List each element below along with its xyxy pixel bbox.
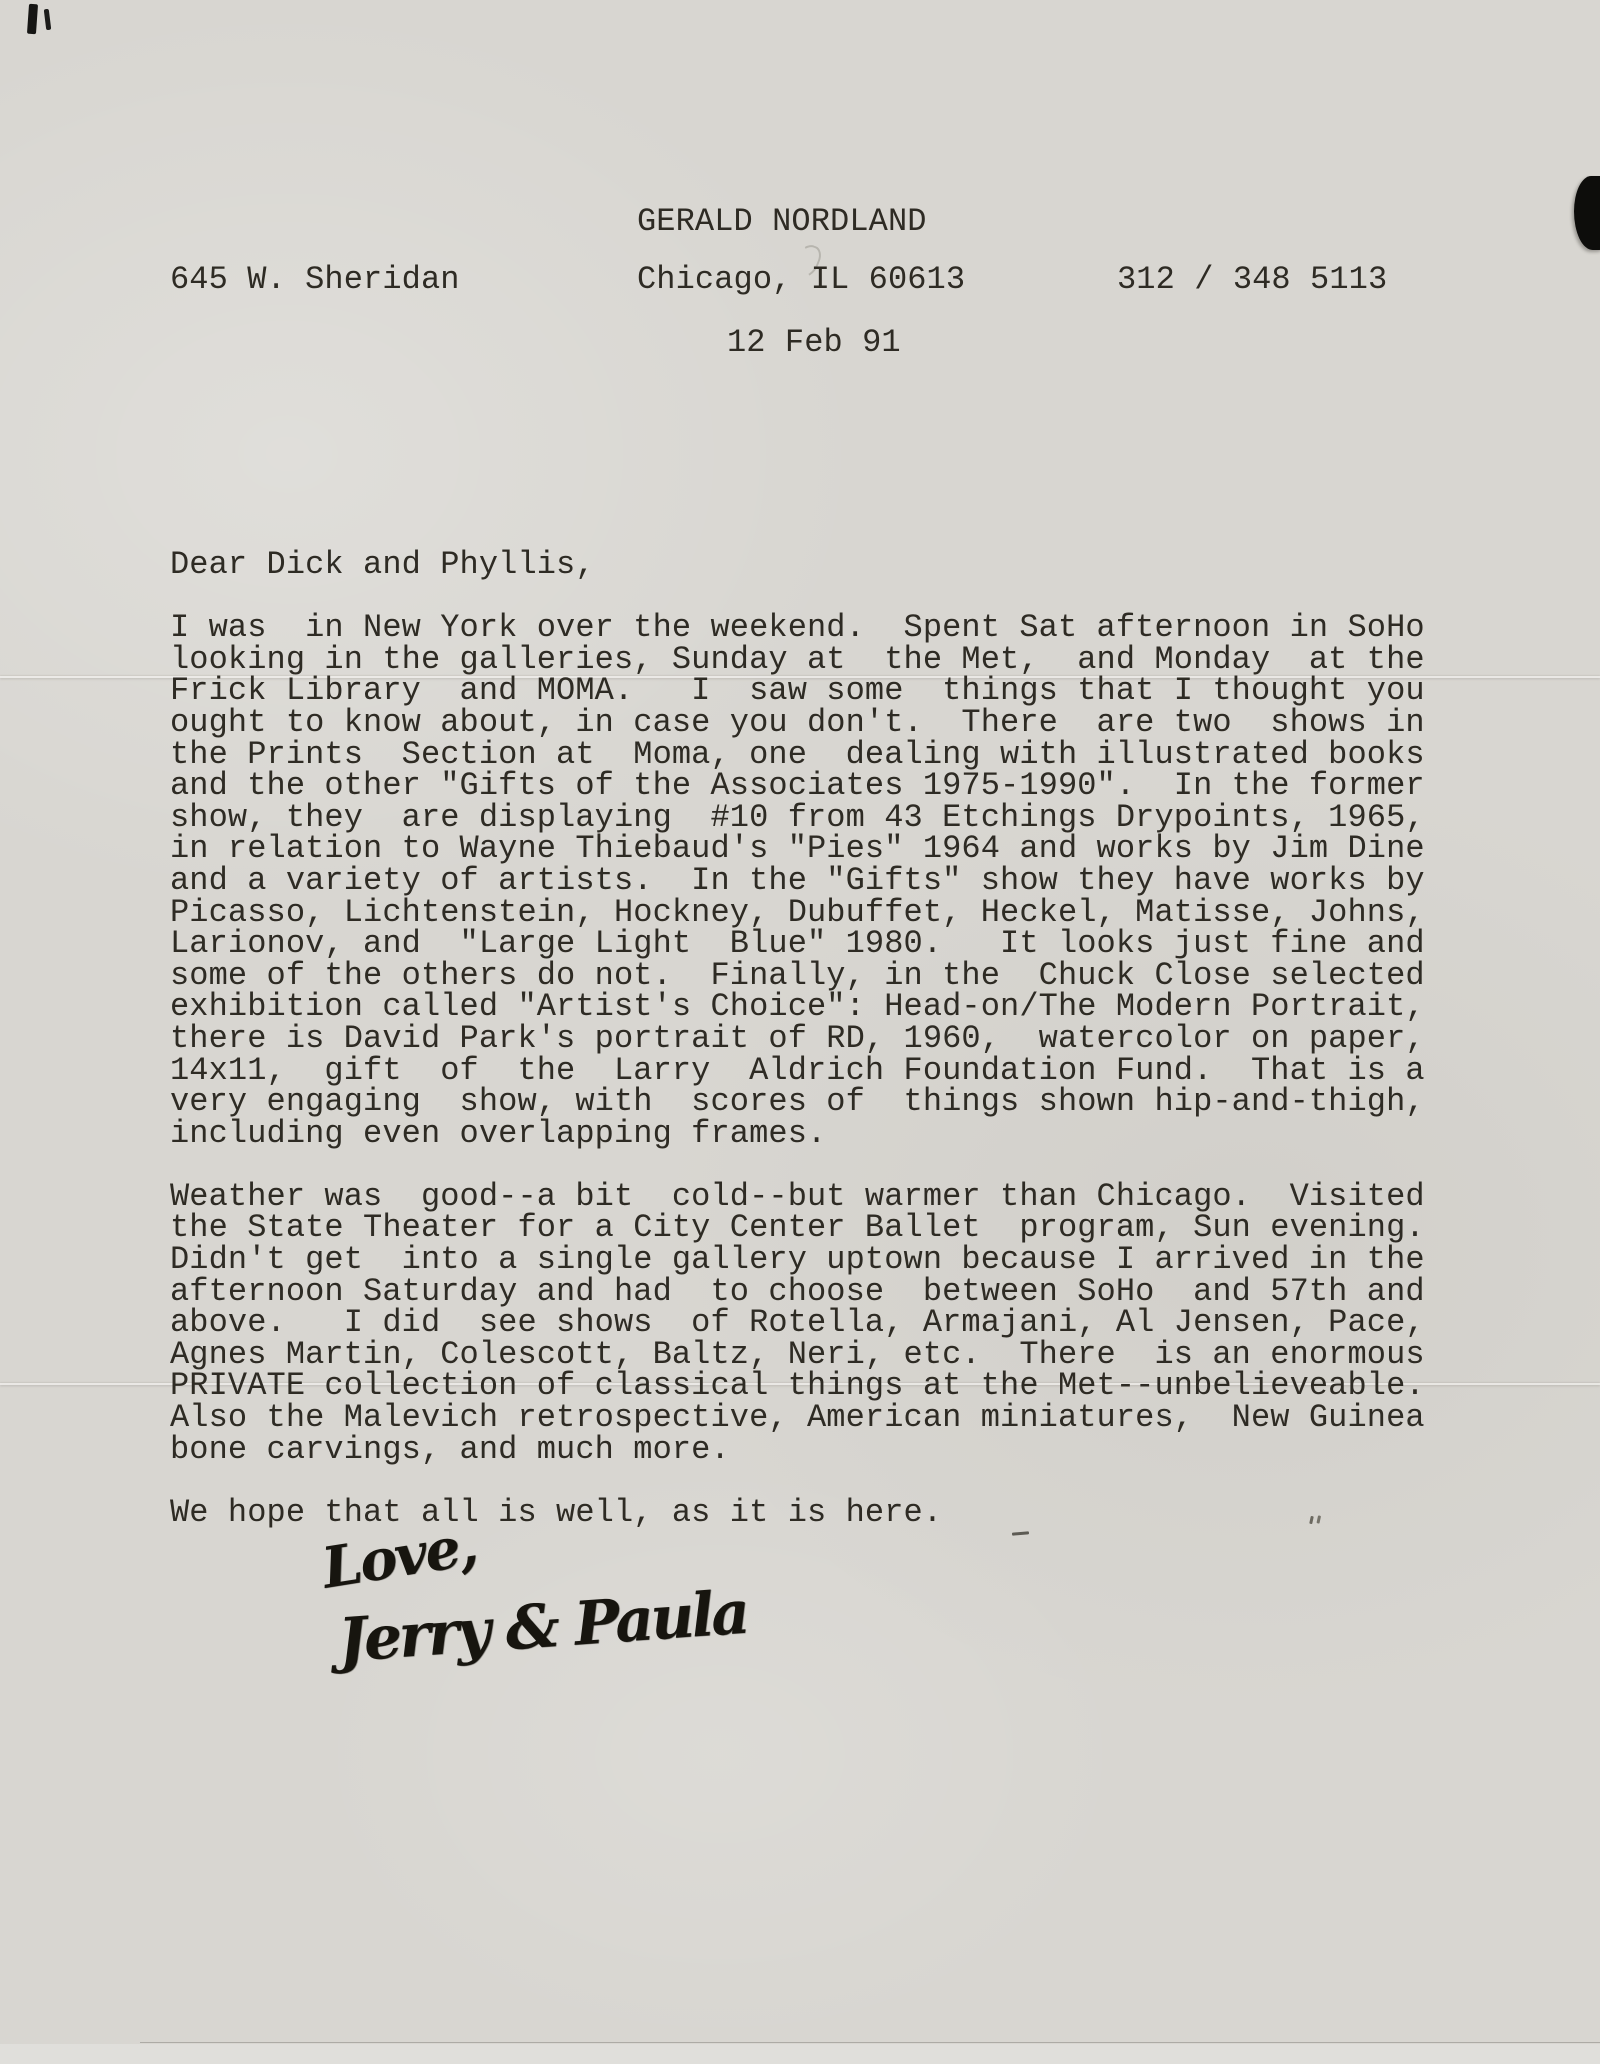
letterhead-city-state-zip: Chicago, IL 60613 <box>637 264 965 296</box>
bottom-edge-strip <box>0 2044 1600 2064</box>
letterhead-phone-number: 312 / 348 5113 <box>1117 264 1387 296</box>
scanned-letter-page: GERALD NORDLAND 645 W. Sheridan Chicago,… <box>0 0 1600 2064</box>
letterhead-name: GERALD NORDLAND <box>637 206 927 238</box>
bottom-crease-line <box>140 2042 1600 2043</box>
scan-mark-top-left-1 <box>27 4 38 35</box>
paragraph-1: I was in New York over the weekend. Spen… <box>170 612 1425 1149</box>
letter-date: 12 Feb 91 <box>727 327 901 359</box>
scan-blob-right-edge <box>1574 176 1600 250</box>
scan-mark-top-left-2 <box>44 9 52 30</box>
paragraph-2: Weather was good--a bit cold--but warmer… <box>170 1181 1425 1465</box>
letterhead-street-address: 645 W. Sheridan <box>170 264 460 296</box>
paragraph-3: We hope that all is well, as it is here. <box>170 1497 1425 1529</box>
letter-body: Dear Dick and Phyllis, I was in New York… <box>170 549 1425 1560</box>
salutation: Dear Dick and Phyllis, <box>170 549 1425 581</box>
handwritten-signature: Jerry & Paula <box>336 1578 749 1676</box>
